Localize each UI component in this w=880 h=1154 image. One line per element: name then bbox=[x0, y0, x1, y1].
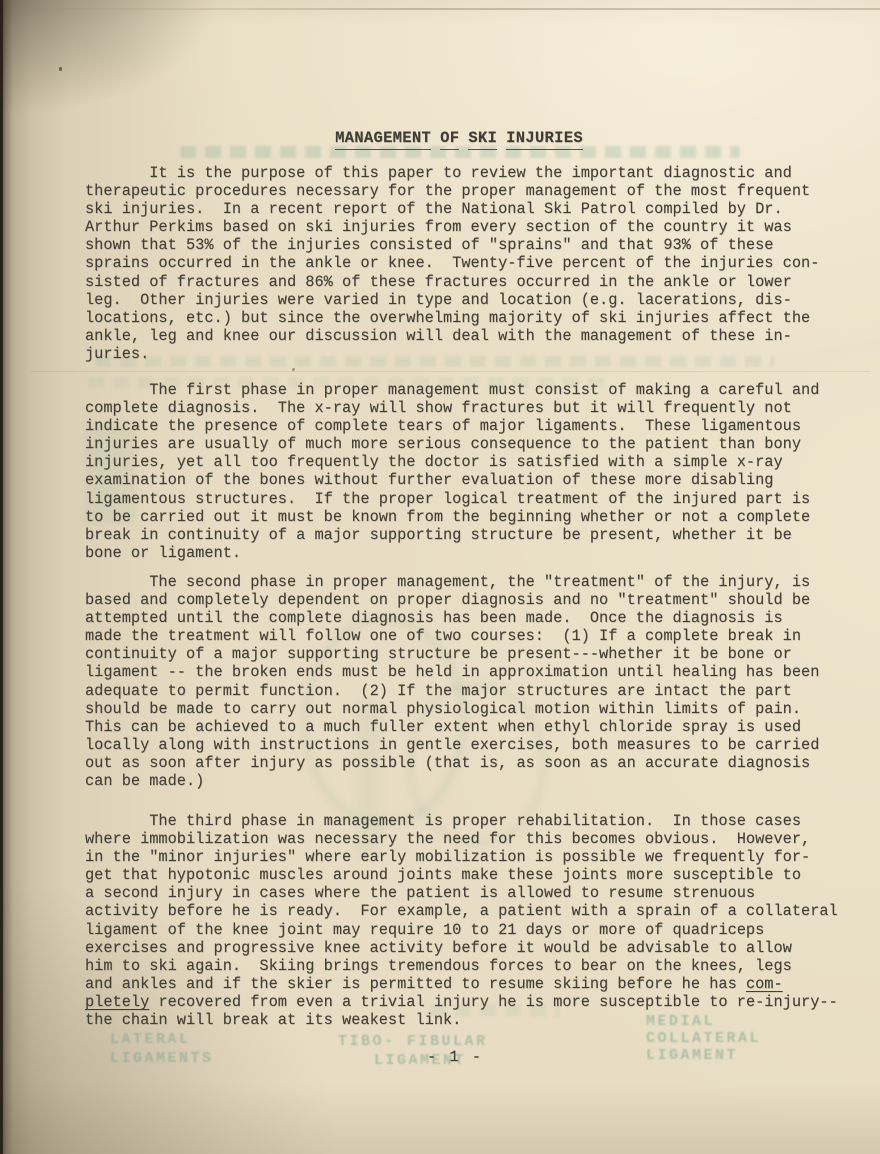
paragraph-first-phase: The first phase in proper management mus… bbox=[85, 381, 819, 562]
scanned-page: LATERALLIGAMENTS TIBO- FIBULARLIGAMENT M… bbox=[0, 0, 880, 1154]
paragraph-text: The third phase in management is proper … bbox=[85, 812, 838, 993]
document-title: MANAGEMENTOFSKIINJURIES bbox=[85, 129, 833, 150]
ghost-text-line: COLLATERAL bbox=[646, 1030, 761, 1047]
paragraph-text: recovered from even a trivial injury he … bbox=[85, 993, 838, 1029]
title-word: INJURIES bbox=[506, 129, 583, 150]
paragraph-introduction: It is the purpose of this paper to revie… bbox=[85, 164, 819, 363]
page-number: - 1 - bbox=[85, 1048, 825, 1066]
paper-speck bbox=[59, 67, 62, 71]
title-word: SKI bbox=[468, 129, 497, 150]
paragraph-third-phase: The third phase in management is proper … bbox=[85, 812, 838, 1029]
paragraph-second-phase: The second phase in proper management, t… bbox=[85, 573, 819, 790]
title-word: MANAGEMENT bbox=[335, 129, 431, 150]
underlined-word: pletely bbox=[85, 993, 149, 1011]
ghost-text-line: LATERAL bbox=[110, 1030, 214, 1049]
page-binding-edge bbox=[0, 0, 3, 1154]
underlined-word: com- bbox=[746, 975, 783, 993]
paper-crease bbox=[30, 371, 870, 372]
title-word: OF bbox=[440, 129, 459, 150]
paper-crease bbox=[0, 8, 880, 10]
paper-speck bbox=[292, 368, 295, 371]
